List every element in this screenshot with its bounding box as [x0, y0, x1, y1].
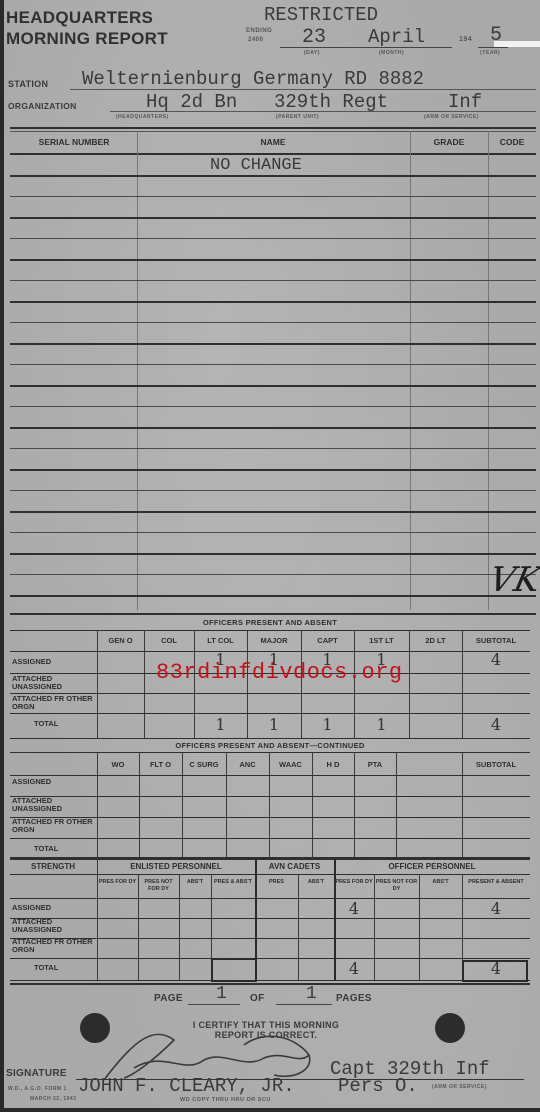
- total-pages: 1: [306, 984, 317, 1004]
- station-value: Welternienburg Germany RD 8882: [82, 68, 424, 90]
- officers-cell: 1: [247, 715, 301, 734]
- officers-cell: 1: [194, 715, 247, 734]
- page-underline: [188, 1004, 240, 1005]
- officers-continued-row-label: ATTACHED FR OTHER ORGN: [12, 818, 96, 834]
- roster-header-rule: [10, 153, 536, 155]
- classification-stamp: RESTRICTED: [264, 4, 378, 26]
- officers-title: OFFICERS PRESENT AND ABSENT: [10, 618, 530, 627]
- ending-label: ENDING: [246, 28, 272, 34]
- strength-label: STRENGTH: [10, 862, 96, 871]
- table-col-divider: [409, 630, 410, 738]
- report-year: 5: [490, 24, 502, 47]
- roster-line: [10, 322, 536, 323]
- strength-col-header: ABS'T: [298, 879, 334, 886]
- hq-caption: (HEADQUARTERS): [116, 114, 169, 120]
- report-month: April: [368, 26, 425, 48]
- station-label: STATION: [8, 79, 48, 89]
- roster-col-divider: [488, 131, 489, 610]
- officers-continued-col-header: SUBTOTAL: [462, 760, 530, 769]
- form-title-line1: HEADQUARTERS: [6, 8, 153, 28]
- officers-col-header: SUBTOTAL: [462, 636, 530, 645]
- footer-top-rule: [10, 983, 530, 985]
- officers-col-header: LT COL: [194, 636, 247, 645]
- table-row-divider: [10, 838, 530, 839]
- strength-row-label: ATTACHED UNASSIGNED: [12, 918, 96, 934]
- roster-line: [10, 280, 536, 281]
- roster-line: [10, 553, 536, 555]
- organization-parent: 329th Regt: [274, 91, 388, 113]
- group-officer-personnel: OFFICER PERSONNEL: [334, 862, 530, 871]
- strength-row-label: ASSIGNED: [12, 904, 96, 912]
- total-pages-underline: [276, 1004, 332, 1005]
- officers-row-label: ATTACHED UNASSIGNED: [12, 675, 96, 691]
- col-name: NAME: [140, 137, 406, 147]
- table-row-divider: [10, 775, 530, 776]
- officers-row-label: TOTAL: [34, 720, 118, 728]
- officers-continued-row-label: TOTAL: [34, 845, 118, 853]
- year-underline: [478, 47, 508, 48]
- officers-row-label: ATTACHED FR OTHER ORGN: [12, 695, 96, 711]
- strength-col-header: PRES NOT FOR DY: [374, 879, 419, 893]
- officers-cell: 4: [462, 650, 530, 669]
- roster-line: [10, 196, 536, 197]
- officers-top-rule: [10, 613, 536, 615]
- table-col-divider: [419, 874, 420, 980]
- form-id: W.D., A.G.O. FORM 1: [8, 1086, 67, 1092]
- officers-continued-col-header: WAAC: [269, 760, 312, 769]
- table-col-divider: [396, 752, 397, 857]
- roster-entry: NO CHANGE: [210, 156, 302, 175]
- day-caption: (DAY): [304, 50, 320, 56]
- group-enlisted: ENLISTED PERSONNEL: [97, 862, 255, 871]
- of-label: OF: [250, 993, 265, 1004]
- roster-line: [10, 406, 536, 407]
- strength-col-header: PRES FOR DY: [97, 879, 138, 886]
- year-prefix: 194: [459, 36, 472, 43]
- organization-hq: Hq 2d Bn: [146, 91, 237, 113]
- officers-continued-col-header: C SURG: [182, 760, 226, 769]
- report-day: 23: [302, 26, 326, 49]
- col-serial-number: SERIAL NUMBER: [14, 137, 134, 147]
- watermark-text: 83rdinfdivdocs.org: [156, 660, 403, 685]
- strength-group-rule: [10, 874, 530, 875]
- roster-top-rule-2: [10, 131, 536, 132]
- ending-time-label: 2400: [248, 37, 263, 43]
- officers-continued-col-header: FLT O: [139, 760, 182, 769]
- officers-cell: 1: [354, 715, 409, 734]
- year-caption: (YEAR): [480, 50, 500, 56]
- officers-continued-title-rule: [10, 752, 530, 753]
- group-avn-cadets: AVN CADETS: [255, 862, 334, 871]
- roster-line: [10, 175, 536, 177]
- officer-total-box: [462, 960, 528, 982]
- table-row-divider: [10, 738, 530, 739]
- officers-col-header: 2D LT: [409, 636, 462, 645]
- officers-continued-col-header: ANC: [226, 760, 269, 769]
- organization-arm: Inf: [448, 91, 482, 113]
- roster-line: [10, 385, 536, 387]
- arm-service-caption: (ARM OR SERVICE): [432, 1084, 487, 1090]
- roster-line: [10, 301, 536, 303]
- table-row-divider: [10, 898, 530, 899]
- strength-col-header: PRES NOT FOR DY: [138, 879, 179, 893]
- strength-col-header: PRESENT & ABSENT: [462, 879, 530, 886]
- signature-label: SIGNATURE: [6, 1068, 67, 1079]
- station-underline: [70, 89, 536, 90]
- roster-line: [10, 595, 536, 597]
- strength-col-header: PRES: [255, 879, 298, 886]
- distribution-note: WD COPY THRU HRU OR SCU: [180, 1097, 271, 1103]
- arm-caption: (ARM OR SERVICE): [424, 114, 479, 120]
- officers-col-header: COL: [144, 636, 194, 645]
- officers-col-header: 1ST LT: [354, 636, 409, 645]
- strength-row-label: ATTACHED FR OTHER ORGN: [12, 938, 96, 954]
- officers-title-rule: [10, 630, 530, 631]
- roster-line: [10, 427, 536, 429]
- officers-cell: 4: [462, 715, 530, 734]
- officers-continued-title: OFFICERS PRESENT AND ABSENT—CONTINUED: [10, 741, 530, 750]
- table-col-divider: [179, 874, 180, 980]
- page-number: 1: [216, 984, 227, 1004]
- morning-report-form: HEADQUARTERS MORNING REPORT RESTRICTED E…: [4, 0, 540, 1108]
- roster-line: [10, 364, 536, 365]
- table-col-divider: [97, 858, 98, 980]
- roster-top-rule: [10, 127, 536, 129]
- officers-cell: 1: [301, 715, 354, 734]
- strength-col-header: ABS'T: [419, 879, 462, 886]
- roster-line: [10, 238, 536, 239]
- signer-title: Pers O.: [338, 1075, 418, 1097]
- roster-line: [10, 490, 536, 491]
- officers-continued-row-label: ATTACHED UNASSIGNED: [12, 797, 96, 813]
- strength-row-label: TOTAL: [34, 964, 118, 972]
- organization-label: ORGANIZATION: [8, 101, 77, 111]
- table-row-divider: [10, 958, 530, 959]
- parent-caption: (PARENT UNIT): [276, 114, 319, 120]
- page-label: PAGE: [154, 993, 183, 1004]
- roster-line: [10, 574, 536, 575]
- form-date: MARCH 22, 1943: [30, 1096, 76, 1102]
- officers-col-header: GEN O: [97, 636, 144, 645]
- roster-line: [10, 448, 536, 449]
- officers-col-header: MAJOR: [247, 636, 301, 645]
- officers-row-label: ASSIGNED: [12, 658, 96, 666]
- roster-line: [10, 259, 536, 261]
- handwritten-initials: VK: [486, 560, 540, 600]
- roster-line: [10, 469, 536, 471]
- strength-col-header: PRES & ABS'T: [211, 879, 255, 886]
- enlisted-total-box: [211, 958, 257, 982]
- strength-cell: 4: [334, 899, 374, 918]
- officers-continued-col-header: WO: [97, 760, 139, 769]
- officers-continued-col-header: PTA: [354, 760, 396, 769]
- table-row-divider: [10, 980, 530, 981]
- table-row-divider: [10, 713, 530, 714]
- officers-continued-row-label: ASSIGNED: [12, 778, 96, 786]
- strength-cell: 4: [334, 959, 374, 978]
- roster-line: [10, 511, 536, 513]
- strength-top-rule: [10, 858, 530, 860]
- strength-cell: 4: [462, 899, 530, 918]
- col-grade: GRADE: [410, 137, 488, 147]
- officers-col-header: CAPT: [301, 636, 354, 645]
- roster-col-divider: [137, 131, 138, 610]
- signer-name: JOHN F. CLEARY, JR.: [78, 1075, 295, 1097]
- table-col-divider: [144, 630, 145, 738]
- organization-underline: [110, 111, 536, 112]
- strength-col-header: PRES FOR DY: [334, 879, 374, 886]
- table-col-divider: [298, 874, 299, 980]
- col-code: CODE: [488, 137, 536, 147]
- strength-col-header: ABS'T: [179, 879, 211, 886]
- roster-col-divider: [410, 131, 411, 610]
- form-title-line2: MORNING REPORT: [6, 29, 168, 49]
- punch-hole-right: [435, 1013, 465, 1043]
- pages-label: PAGES: [336, 993, 372, 1004]
- officers-continued-col-header: H D: [312, 760, 354, 769]
- roster-line: [10, 532, 536, 533]
- roster-line: [10, 217, 536, 219]
- month-caption: (MONTH): [379, 50, 404, 56]
- roster-line: [10, 343, 536, 345]
